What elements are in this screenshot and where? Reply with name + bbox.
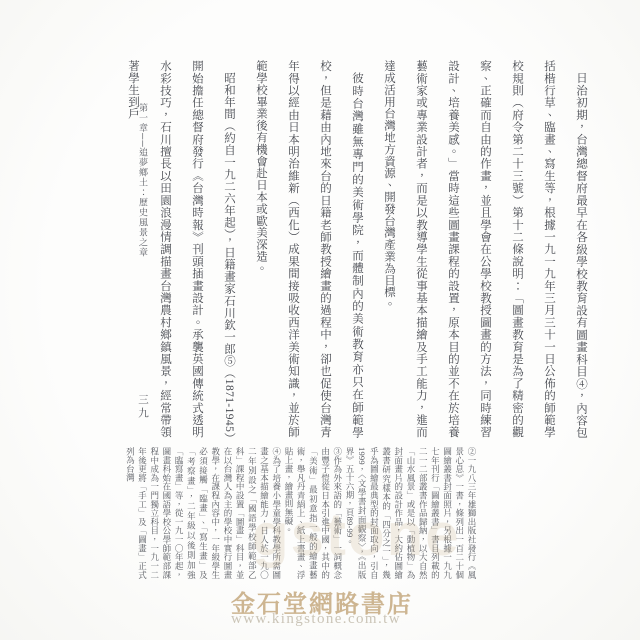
footnotes-block: ②一九八三年雄獅出版社發行《風景心息》一書，條列出一百二十個圖繪叢書封面照片，另… [124, 447, 478, 579]
footnote: ③作為外來語的「藝術」一詞概念由豐子愷從日本引進中國，其中的「美術」最初意指一般… [283, 447, 344, 579]
footnote: ②一九八三年雄獅出版社發行《風景心息》一書，條列出一百二十個圖繪叢書封面照片，另… [344, 447, 478, 579]
footnote: ④為了培養小學童學科教學所需圖畫之基本描繪能力，日人於一九〇二年別設之「國語學校… [124, 447, 283, 579]
book-page-scan: 日治初期，台灣總督府最早在各級學校教育設有圖畫科目④，內容包括楷行草、臨畫、寫生… [0, 0, 640, 640]
watermark-url: www.kingstone.com.tw [231, 611, 401, 628]
page-number: 三九 [135, 394, 150, 421]
paragraph: 彼時台灣雖無專門的美術學院，而體制內的美術教育亦只在師範學校，但是藉由內地來台的… [245, 60, 373, 438]
chapter-heading: 第一章──追夢鄉土：歷史風景之章 [137, 103, 150, 258]
watermark-store-name: 金石堂網路書店 [231, 584, 413, 619]
main-text-block: 日治初期，台灣總督府最早在各級學校教育設有圖畫科目④，內容包括楷行草、臨畫、寫生… [117, 60, 597, 438]
paragraph: 日治初期，台灣總督府最早在各級學校教育設有圖畫科目④，內容包括楷行草、臨畫、寫生… [373, 60, 597, 438]
